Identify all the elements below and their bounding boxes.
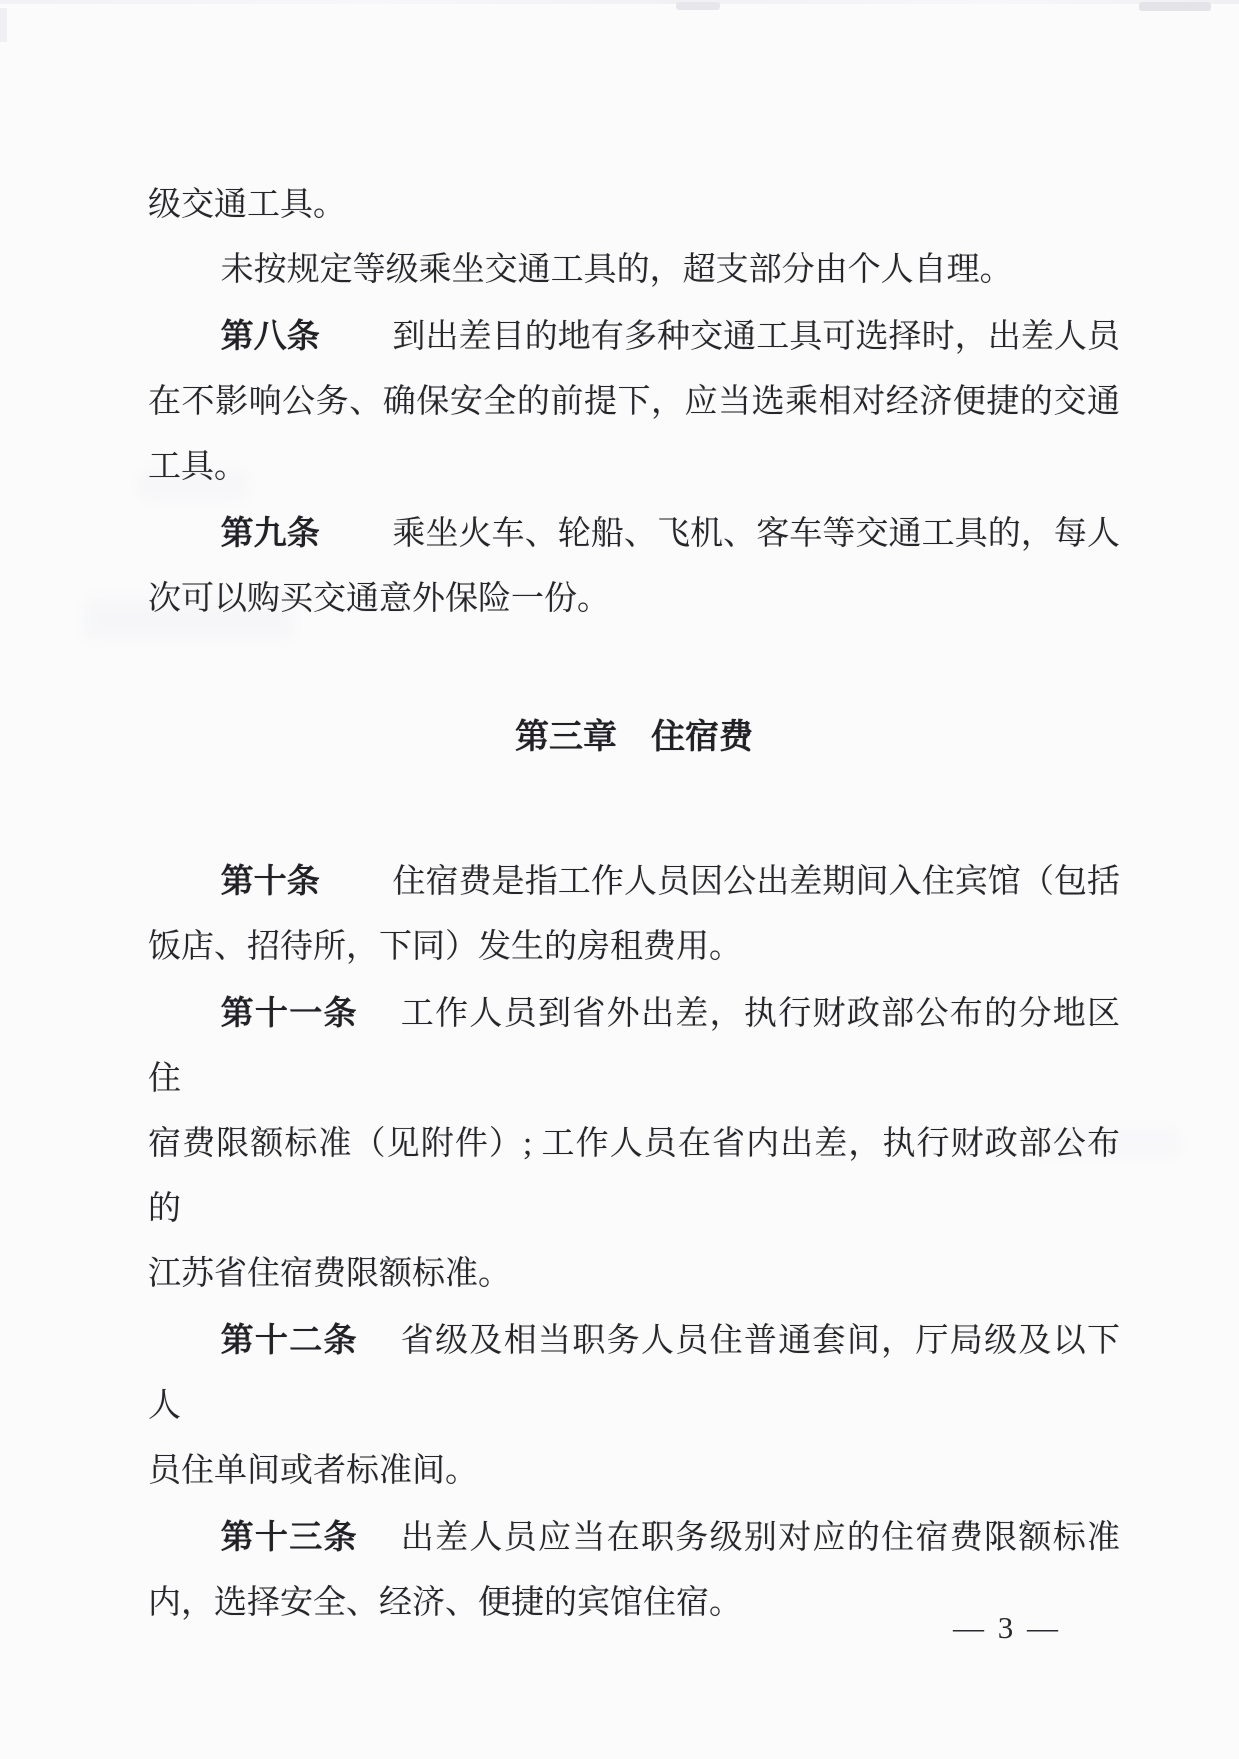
- article-text: 乘坐火车、轮船、飞机、客车等交通工具的，每人: [392, 516, 1120, 552]
- text-line: 第十一条工作人员到省外出差，执行财政部公布的分地区住: [148, 980, 1120, 1112]
- article-number: 第八条: [221, 317, 320, 354]
- article-number: 第十二条: [221, 1321, 358, 1358]
- article-text: 到出差目的地有多种交通工具可选择时，出差人员: [392, 319, 1120, 355]
- text-line: 江苏省住宿费限额标准。: [148, 1242, 1120, 1307]
- paragraph-plain: 未按规定等级乘坐交通工具的，超支部分由个人自理。: [148, 238, 1120, 303]
- article-text: 住宿费是指工作人员因公出差期间入住宾馆（包括: [392, 864, 1120, 900]
- text-line: 员住单间或者标准间。: [148, 1439, 1120, 1504]
- page-number: — 3 —: [953, 1610, 1061, 1646]
- text-line: 第十三条出差人员应当在职务级别对应的住宿费限额标准: [148, 1504, 1120, 1571]
- paragraph-article-10: 第十条住宿费是指工作人员因公出差期间入住宾馆（包括 饭店、招待所，下同）发生的房…: [148, 848, 1120, 980]
- document-body: 级交通工具。 未按规定等级乘坐交通工具的，超支部分由个人自理。 第八条到出差目的…: [0, 0, 1239, 1636]
- text-line: 第九条乘坐火车、轮船、飞机、客车等交通工具的，每人: [148, 500, 1120, 567]
- article-number: 第十三条: [221, 1518, 358, 1555]
- paragraph-article-12: 第十二条省级及相当职务人员住普通套间，厅局级及以下人 员住单间或者标准间。: [148, 1307, 1120, 1504]
- text-line: 次可以购买交通意外保险一份。: [148, 567, 1120, 632]
- scanned-document-page: 级交通工具。 未按规定等级乘坐交通工具的，超支部分由个人自理。 第八条到出差目的…: [0, 0, 1239, 1759]
- text-line: 第八条到出差目的地有多种交通工具可选择时，出差人员: [148, 303, 1120, 370]
- text-line: 宿费限额标准（见附件）; 工作人员在省内出差，执行财政部公布的: [148, 1112, 1120, 1242]
- paragraph-article-8: 第八条到出差目的地有多种交通工具可选择时，出差人员 在不影响公务、确保安全的前提…: [148, 303, 1120, 500]
- text-line: 工具。: [148, 435, 1120, 500]
- article-number: 第九条: [221, 514, 320, 551]
- article-text: 出差人员应当在职务级别对应的住宿费限额标准: [401, 1520, 1120, 1556]
- article-number: 第十条: [221, 862, 320, 899]
- text-line: 饭店、招待所，下同）发生的房租费用。: [148, 915, 1120, 980]
- text-line: 未按规定等级乘坐交通工具的，超支部分由个人自理。: [148, 238, 1120, 303]
- article-number: 第十一条: [221, 994, 358, 1031]
- text-line: 级交通工具。: [148, 173, 1120, 238]
- paragraph-article-9: 第九条乘坐火车、轮船、飞机、客车等交通工具的，每人 次可以购买交通意外保险一份。: [148, 500, 1120, 632]
- paragraph-article-11: 第十一条工作人员到省外出差，执行财政部公布的分地区住 宿费限额标准（见附件）; …: [148, 980, 1120, 1307]
- chapter-heading: 第三章 住宿费: [148, 705, 1120, 770]
- text-line: 第十条住宿费是指工作人员因公出差期间入住宾馆（包括: [148, 848, 1120, 915]
- text-line: 第十二条省级及相当职务人员住普通套间，厅局级及以下人: [148, 1307, 1120, 1439]
- text-line: 在不影响公务、确保安全的前提下，应当选乘相对经济便捷的交通: [148, 370, 1120, 435]
- paragraph-continuation: 级交通工具。: [148, 173, 1120, 238]
